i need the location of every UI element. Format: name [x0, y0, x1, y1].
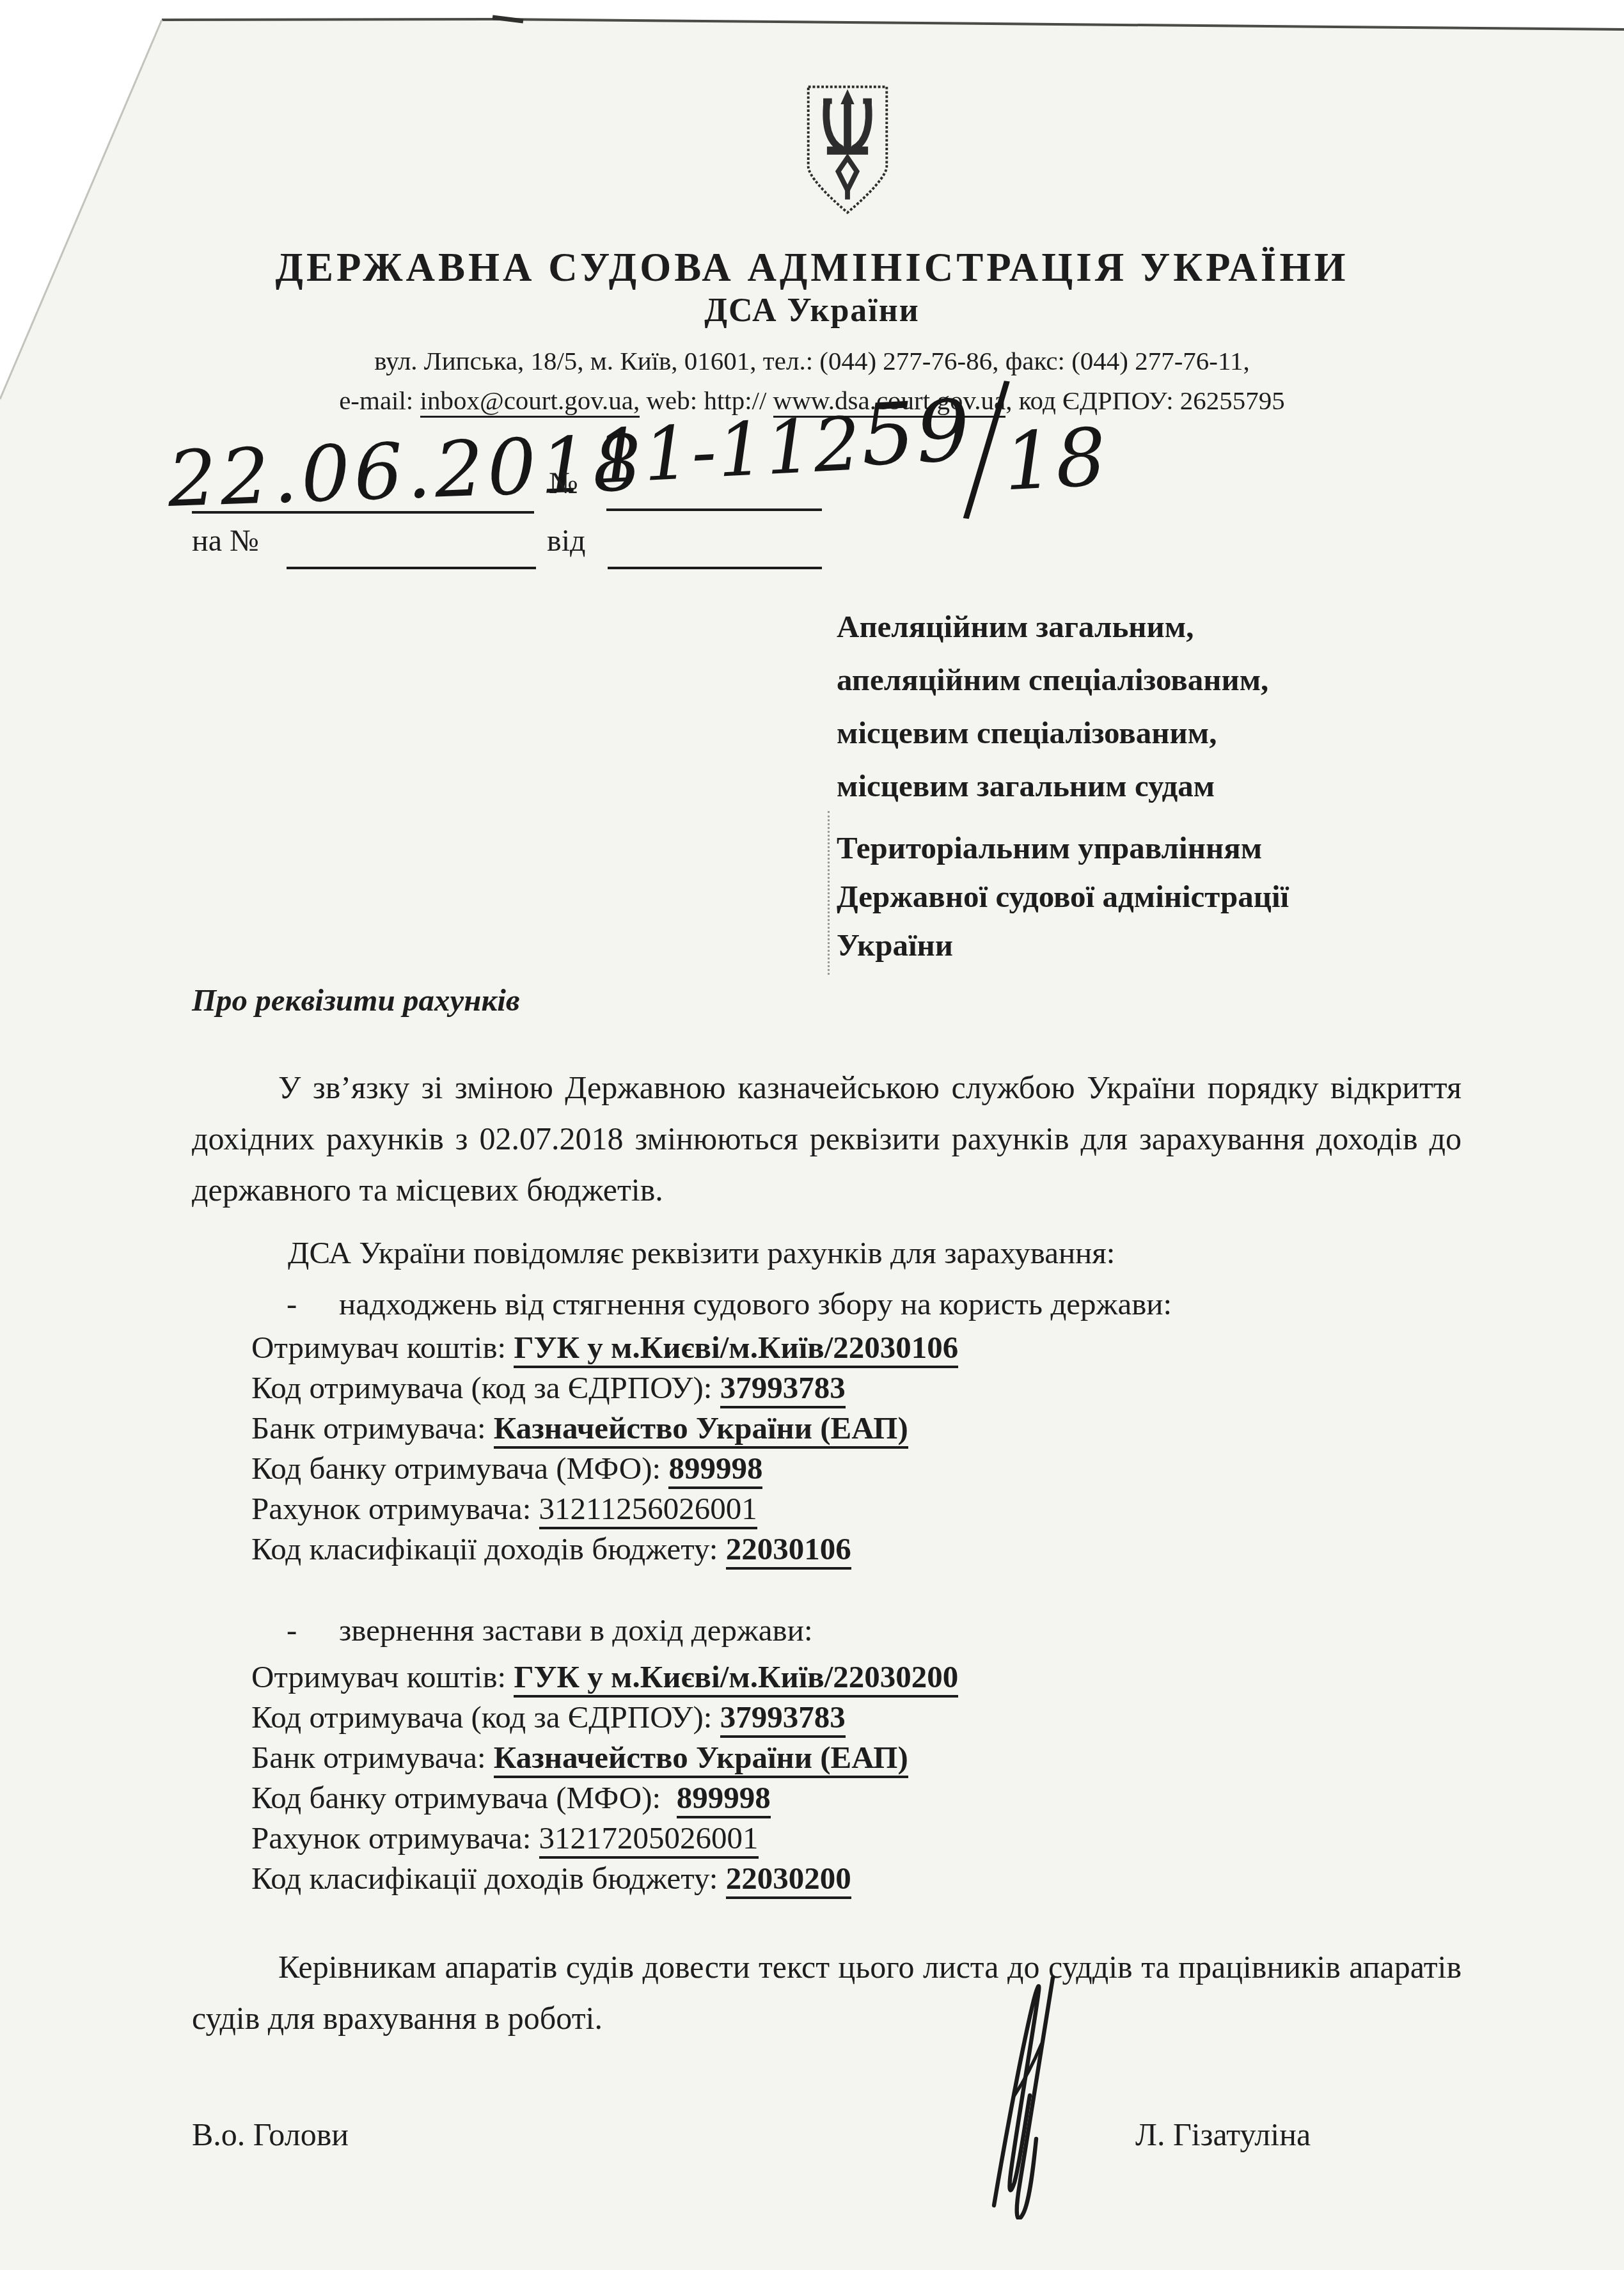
number-part3: 18	[1002, 411, 1110, 508]
detail-value: 31211256026001	[539, 1491, 757, 1529]
recipients-group-territorial: Територіальним управлінням Державної суд…	[837, 824, 1289, 970]
bullet-dash: -	[287, 1612, 339, 1648]
detail-label: Рахунок отримувача:	[251, 1491, 539, 1526]
bullet-text: надходжень від стягнення судового збору …	[339, 1286, 1172, 1321]
organization-short-name: ДСА України	[0, 292, 1624, 329]
email-label: e-mail:	[339, 386, 420, 415]
recipient-line: місцевим спеціалізованим,	[837, 706, 1268, 759]
recipient-line: Територіальним управлінням	[837, 824, 1289, 872]
detail-row: Код отримувача (код за ЄДРПОУ): 37993783	[251, 1368, 958, 1408]
number-part1: 11-112	[593, 401, 863, 501]
recipients-group-courts: Апеляційним загальним, апеляційним спеці…	[837, 600, 1268, 812]
detail-value: 899998	[668, 1451, 762, 1489]
organization-name: ДЕРЖАВНА СУДОВА АДМІНІСТРАЦІЯ УКРАЇНИ	[0, 244, 1624, 291]
reply-date-blank-line	[608, 567, 822, 569]
paragraph-2: Керівникам апаратів судів довести текст …	[192, 1941, 1462, 2044]
reply-number-blank-line	[287, 567, 536, 569]
detail-value: Казначейство України (ЕАП)	[494, 1410, 908, 1449]
intro-line: ДСА України повідомляє реквізити рахункі…	[192, 1234, 1462, 1271]
detail-row: Код класифікації доходів бюджету: 220301…	[251, 1529, 958, 1569]
detail-value: 37993783	[720, 1699, 846, 1738]
detail-label: Рахунок отримувача:	[251, 1820, 539, 1856]
detail-row: Отримувач коштів: ГУК у м.Києві/м.Київ/2…	[251, 1657, 958, 1697]
detail-row: Банк отримувача: Казначейство України (Е…	[251, 1408, 958, 1448]
detail-value: 22030106	[726, 1531, 851, 1570]
subject-line: Про реквізити рахунків	[192, 982, 520, 1018]
number-part2: 59	[858, 381, 974, 485]
detail-row: Рахунок отримувача: 31211256026001	[251, 1488, 958, 1529]
recipient-line: Державної судової адміністрації	[837, 872, 1289, 921]
signer-position: В.о. Голови	[192, 2116, 349, 2153]
address-line-1: вул. Липська, 18/5, м. Київ, 01601, тел.…	[0, 345, 1624, 376]
signer-name: Л. Гізатуліна	[1135, 2116, 1311, 2153]
detail-label: Код отримувача (код за ЄДРПОУ):	[251, 1370, 720, 1405]
detail-label: Отримувач коштів:	[251, 1330, 514, 1365]
detail-row: Код отримувача (код за ЄДРПОУ): 37993783	[251, 1697, 958, 1737]
detail-label: Банк отримувача:	[251, 1740, 494, 1775]
detail-row: Код банку отримувача (МФО): 899998	[251, 1777, 958, 1818]
detail-value: 37993783	[720, 1370, 846, 1408]
detail-value: 899998	[677, 1780, 771, 1818]
detail-label: Код класифікації доходів бюджету:	[251, 1861, 726, 1896]
detail-value: 31217205026001	[539, 1820, 759, 1859]
reply-from-date-label: від	[547, 523, 585, 558]
detail-row: Отримувач коштів: ГУК у м.Києві/м.Київ/2…	[251, 1327, 958, 1368]
trident-emblem-icon	[801, 81, 894, 222]
paragraph-1: У зв’язку зі зміною Державною казначейсь…	[192, 1062, 1462, 1215]
detail-row: Код класифікації доходів бюджету: 220302…	[251, 1858, 958, 1898]
detail-value: 22030200	[726, 1861, 851, 1899]
detail-label: Банк отримувача:	[251, 1410, 494, 1446]
bullet-item-1: -надходжень від стягнення судового збору…	[192, 1286, 1462, 1322]
scanned-letter-page: ДЕРЖАВНА СУДОВА АДМІНІСТРАЦІЯ УКРАЇНИ ДС…	[0, 0, 1624, 2270]
detail-value: Казначейство України (ЕАП)	[494, 1740, 908, 1778]
number-sign: №	[549, 466, 578, 501]
detail-row: Банк отримувача: Казначейство України (Е…	[251, 1737, 958, 1777]
account-details-block-1: Отримувач коштів: ГУК у м.Києві/м.Київ/2…	[251, 1327, 958, 1569]
scan-edge-artifacts	[0, 0, 1624, 448]
detail-label: Код банку отримувача (МФО):	[251, 1780, 677, 1815]
detail-row: Код банку отримувача (МФО): 899998	[251, 1448, 958, 1488]
recipient-line: України	[837, 921, 1289, 970]
detail-label: Код класифікації доходів бюджету:	[251, 1531, 726, 1566]
bullet-text: звернення застави в дохід держави:	[339, 1612, 813, 1648]
detail-value: ГУК у м.Києві/м.Київ/22030200	[514, 1659, 958, 1698]
detail-label: Код отримувача (код за ЄДРПОУ):	[251, 1699, 720, 1735]
recipient-line: апеляційним спеціалізованим,	[837, 653, 1268, 706]
detail-label: Код банку отримувача (МФО):	[251, 1451, 668, 1486]
number-blank-line	[606, 508, 822, 511]
signature-stroke-icon	[935, 1970, 1108, 2223]
detail-label: Отримувач коштів:	[251, 1659, 514, 1694]
scan-fold-dotted-line	[828, 811, 830, 975]
date-blank-line	[192, 511, 534, 514]
recipient-line: Апеляційним загальним,	[837, 600, 1268, 653]
recipient-line: місцевим загальним судам	[837, 759, 1268, 812]
detail-value: ГУК у м.Києві/м.Київ/22030106	[514, 1330, 958, 1368]
bullet-item-2: -звернення застави в дохід держави:	[192, 1612, 1462, 1648]
detail-row: Рахунок отримувача: 31217205026001	[251, 1818, 958, 1858]
account-details-block-2: Отримувач коштів: ГУК у м.Києві/м.Київ/2…	[251, 1657, 958, 1898]
reply-to-number-label: на №	[192, 523, 259, 558]
bullet-dash: -	[287, 1286, 339, 1322]
